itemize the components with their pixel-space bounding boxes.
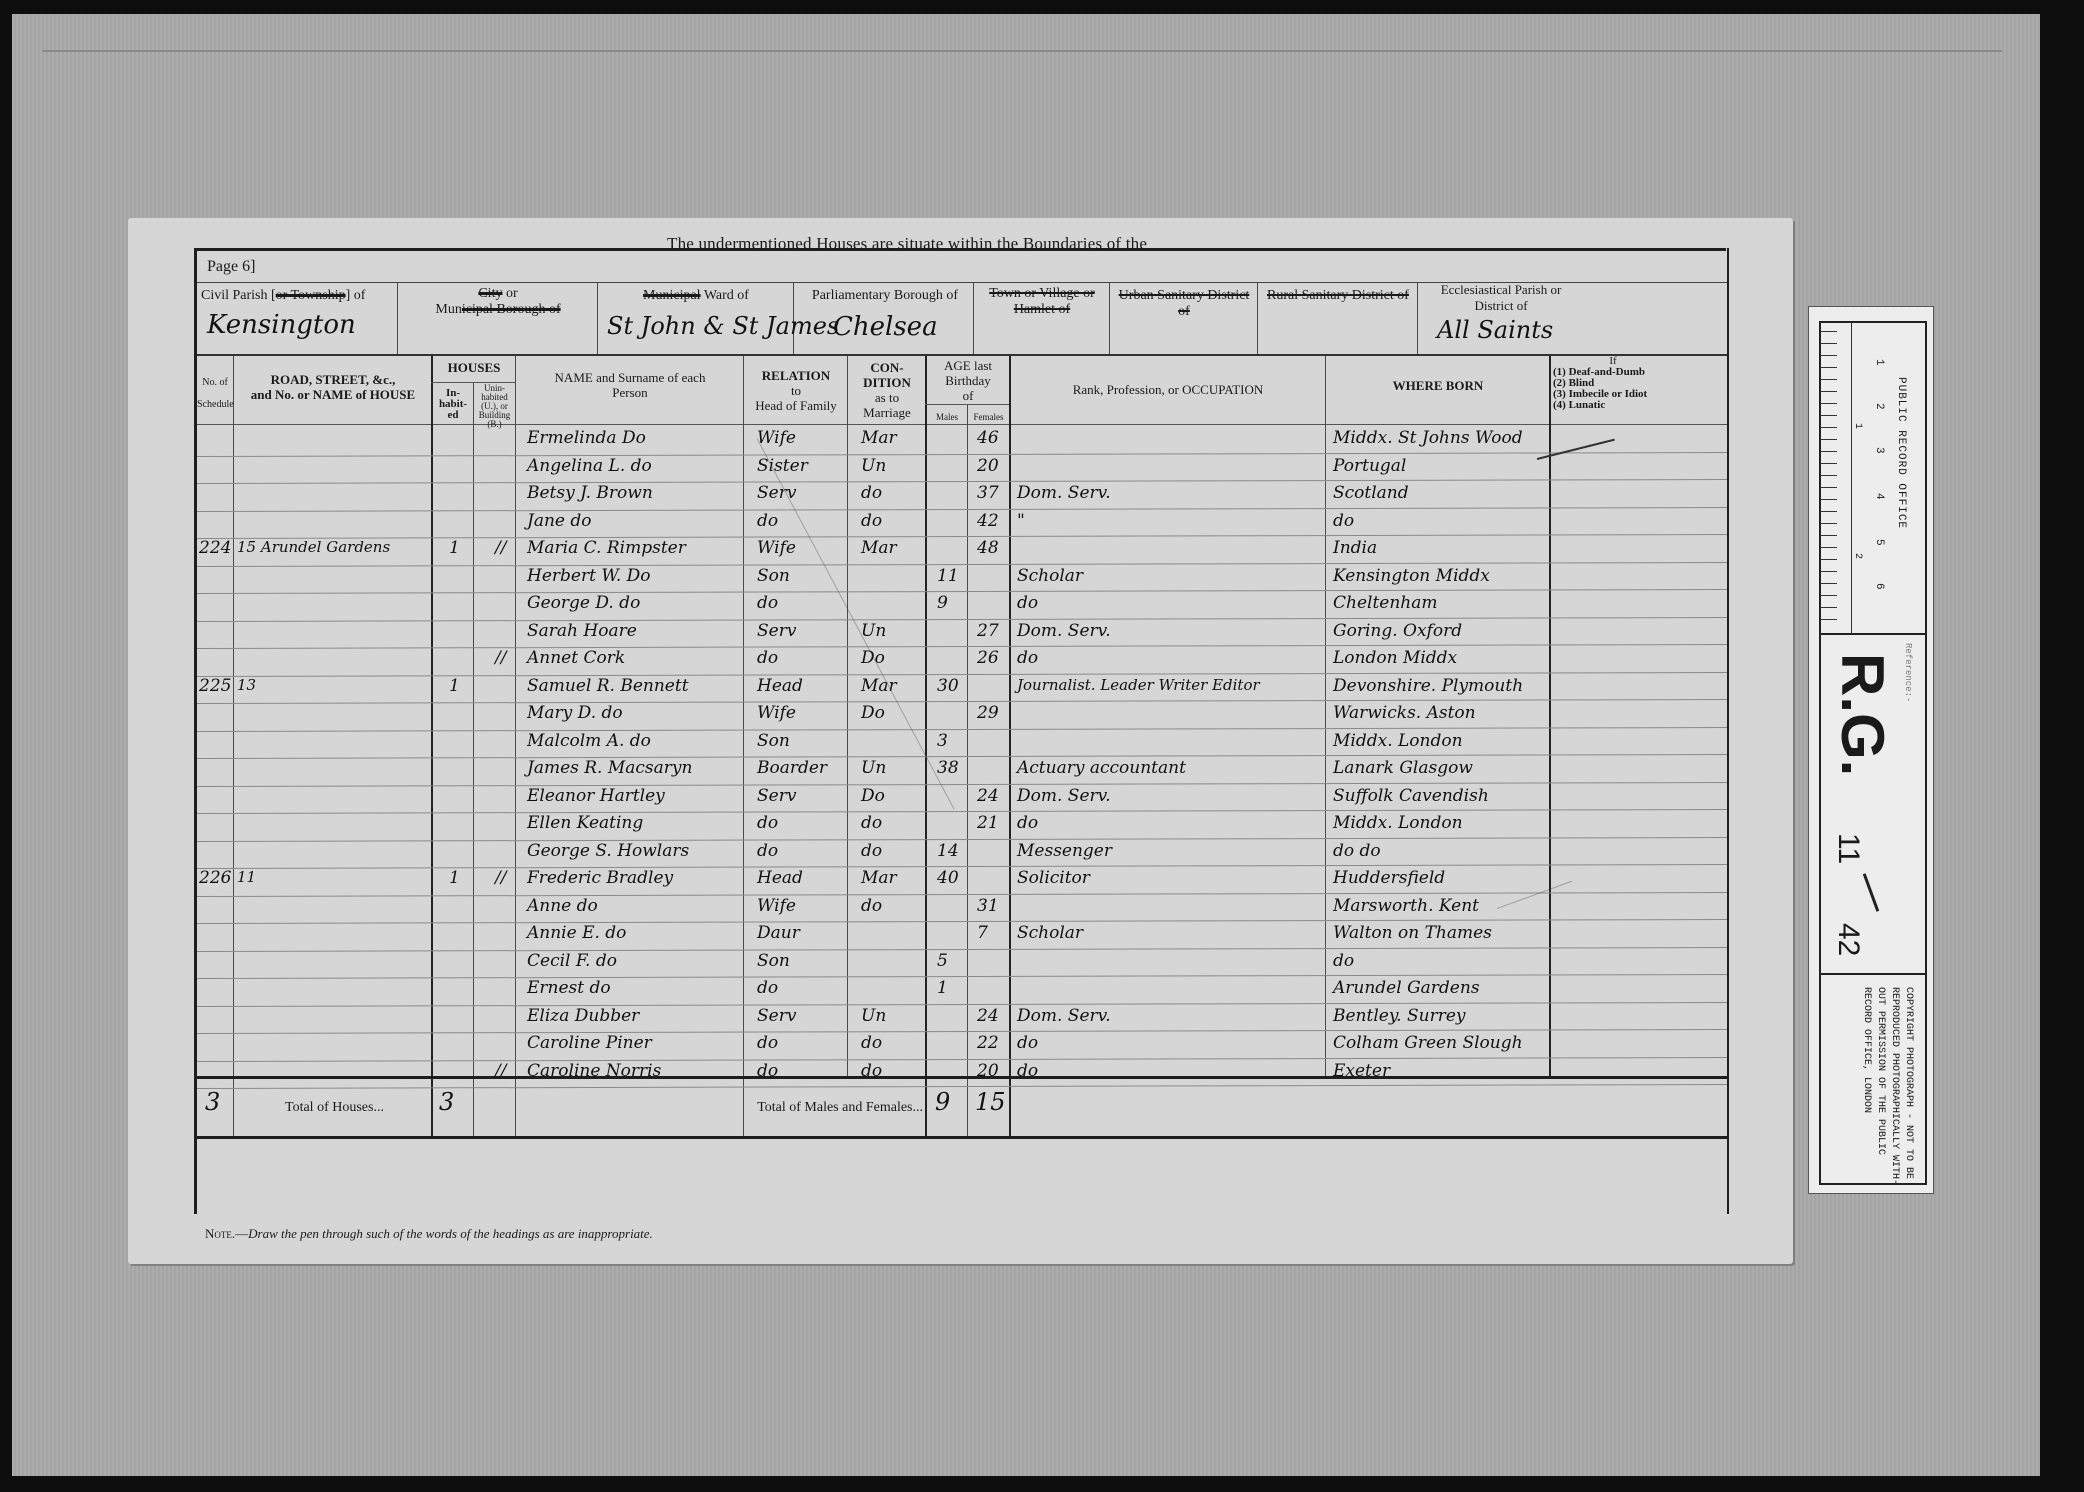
condition-cell: Do bbox=[861, 786, 885, 806]
ruler-tick bbox=[1821, 595, 1837, 596]
divider bbox=[1109, 282, 1110, 354]
name-cell: Anne do bbox=[527, 896, 598, 916]
condition-cell: Un bbox=[861, 456, 886, 476]
relation-cell: Son bbox=[757, 951, 790, 971]
row-rule bbox=[197, 644, 1727, 649]
inhabited-cell: 1 bbox=[449, 538, 460, 558]
condition-cell: do bbox=[861, 511, 882, 531]
condition-cell: Un bbox=[861, 1006, 886, 1026]
schedule-cell: 225 bbox=[199, 676, 231, 696]
relation-cell: Wife bbox=[757, 896, 796, 916]
name-cell: George S. Howlars bbox=[527, 841, 689, 861]
header-text: Person bbox=[517, 385, 743, 400]
where-born-cell: do bbox=[1333, 951, 1354, 971]
where-born-cell: Middx. London bbox=[1333, 731, 1463, 751]
relation-cell: Wife bbox=[757, 428, 796, 448]
ruler-number: 1 bbox=[1852, 423, 1863, 429]
pencil-mark bbox=[1497, 881, 1573, 909]
label-frame: PUBLIC RECORD OFFICE 1 2 3 4 5 6 1 2 Ref… bbox=[1819, 321, 1927, 1185]
ruler-number: 1 bbox=[1873, 359, 1885, 366]
inhabited-cell: 1 bbox=[449, 868, 460, 888]
where-born-cell: Walton on Thames bbox=[1333, 923, 1492, 943]
census-form: The undermentioned Houses are situate wi… bbox=[194, 248, 1729, 1214]
condition-cell: do bbox=[861, 813, 882, 833]
where-born-cell: Bentley. Surrey bbox=[1333, 1006, 1466, 1026]
footnote: Note.—Draw the pen through such of the w… bbox=[205, 1226, 653, 1242]
condition-cell: Un bbox=[861, 621, 886, 641]
row-rule bbox=[197, 561, 1727, 566]
row-rule bbox=[197, 1001, 1727, 1006]
female-age-cell: 27 bbox=[977, 621, 999, 641]
ruler-number: 2 bbox=[1852, 553, 1863, 559]
condition-cell: do bbox=[861, 1033, 882, 1053]
relation-cell: do bbox=[757, 841, 778, 861]
divider bbox=[397, 282, 398, 354]
ruler-tick bbox=[1821, 451, 1837, 452]
ruler-tick bbox=[1821, 523, 1837, 524]
female-age-cell: 37 bbox=[977, 483, 999, 503]
urban-sanitary-label: Urban Sanitary District of bbox=[1113, 288, 1255, 320]
row-rule bbox=[197, 1056, 1727, 1061]
relation-cell: Wife bbox=[757, 538, 796, 558]
copyright-line: COPYRIGHT PHOTOGRAPH - NOT TO BE bbox=[1901, 987, 1915, 1185]
page-number: Page 6] bbox=[207, 258, 255, 276]
ward-label: Municipal Ward of bbox=[601, 288, 791, 304]
row-rule bbox=[197, 781, 1727, 786]
header-text: Head of Family bbox=[745, 398, 847, 413]
mount-crease bbox=[42, 50, 2002, 52]
col-divider bbox=[1549, 356, 1551, 1076]
row-rule bbox=[197, 616, 1727, 621]
male-age-cell: 3 bbox=[937, 731, 948, 751]
col-header-inhabited: In- habit- ed bbox=[433, 388, 473, 421]
female-age-cell: 20 bbox=[977, 456, 999, 476]
female-age-cell: 7 bbox=[977, 923, 988, 943]
divider bbox=[1257, 282, 1258, 354]
occupation-cell: Scholar bbox=[1017, 923, 1083, 943]
col-header-where-born: WHERE BORN bbox=[1327, 378, 1549, 393]
condition-cell: do bbox=[861, 841, 882, 861]
occupation-cell: Dom. Serv. bbox=[1017, 483, 1111, 503]
male-age-cell: 1 bbox=[937, 978, 948, 998]
ruler-number: 5 bbox=[1873, 539, 1885, 546]
parliamentary-borough-label: Parliamentary Borough of bbox=[797, 288, 973, 304]
ruler-tick bbox=[1821, 379, 1837, 380]
struck-text: icipal Borough of bbox=[462, 302, 561, 317]
name-cell: George D. do bbox=[527, 593, 640, 613]
relation-cell: Head bbox=[757, 868, 803, 888]
ruler-tick bbox=[1821, 619, 1837, 620]
male-age-cell: 5 bbox=[937, 951, 948, 971]
label-text: Ward of bbox=[701, 288, 749, 303]
name-cell: Samuel R. Bennett bbox=[527, 676, 689, 696]
ruler-tick bbox=[1821, 439, 1837, 440]
row-rule bbox=[197, 919, 1727, 924]
where-born-cell: Huddersfield bbox=[1333, 868, 1445, 888]
relation-cell: Daur bbox=[757, 923, 800, 943]
col-divider bbox=[925, 356, 927, 1136]
total-persons-label: Total of Males and Females... bbox=[657, 1100, 923, 1116]
ruler-tick bbox=[1821, 463, 1837, 464]
rural-sanitary-label: Rural Sanitary District of bbox=[1261, 288, 1415, 304]
copyright-notice: COPYRIGHT PHOTOGRAPH - NOT TO BE REPRODU… bbox=[1859, 987, 1915, 1185]
ruler-tick bbox=[1821, 559, 1837, 560]
occupation-cell: Solicitor bbox=[1017, 868, 1090, 888]
label-text: District of bbox=[1474, 298, 1527, 313]
archive-header: PUBLIC RECORD OFFICE bbox=[1895, 377, 1907, 529]
struck-text: Urban Sanitary District of bbox=[1119, 288, 1250, 319]
relation-cell: Serv bbox=[757, 621, 796, 641]
piece-number: 11 bbox=[1831, 833, 1865, 864]
occupation-cell: do bbox=[1017, 593, 1038, 613]
row-rule bbox=[197, 864, 1727, 869]
header-text: RELATION bbox=[745, 368, 847, 383]
header-text: and No. or NAME of HOUSE bbox=[235, 387, 431, 402]
col-header-infirmity: If (1) Deaf-and-Dumb (2) Blind (3) Imbec… bbox=[1553, 356, 1673, 411]
condition-cell: Do bbox=[861, 703, 885, 723]
col-header-condition: CON- DITION as to Marriage bbox=[849, 360, 925, 420]
name-cell: Ellen Keating bbox=[527, 813, 643, 833]
ruler-tick bbox=[1821, 607, 1837, 608]
header-text: Birthday bbox=[927, 373, 1009, 388]
relation-cell: do bbox=[757, 978, 778, 998]
row-rule bbox=[197, 974, 1727, 979]
where-born-cell: Suffolk Cavendish bbox=[1333, 786, 1489, 806]
ruler-tick bbox=[1821, 571, 1837, 572]
ecclesiastical-label: Ecclesiastical Parish or District of bbox=[1421, 282, 1581, 314]
header-text: (B.) bbox=[474, 420, 515, 429]
name-cell: Betsy J. Brown bbox=[527, 483, 653, 503]
header-text: CON- bbox=[849, 360, 925, 375]
where-born-cell: Portugal bbox=[1333, 456, 1406, 476]
series-code: R.G. bbox=[1828, 653, 1897, 776]
ruler-number: 4 bbox=[1873, 493, 1885, 500]
relation-cell: do bbox=[757, 593, 778, 613]
name-cell: Eliza Dubber bbox=[527, 1006, 639, 1026]
header-text: as to bbox=[849, 390, 925, 405]
condition-cell: Mar bbox=[861, 428, 897, 448]
male-age-cell: 14 bbox=[937, 841, 959, 861]
where-born-cell: do bbox=[1333, 511, 1354, 531]
header-text: Schedule bbox=[197, 394, 233, 416]
name-cell: Maria C. Rimpster bbox=[527, 538, 686, 558]
ruler-tick bbox=[1821, 331, 1837, 332]
name-cell: Frederic Bradley bbox=[527, 868, 673, 888]
col-divider bbox=[967, 404, 968, 1136]
ruler-tick bbox=[1821, 583, 1837, 584]
where-born-cell: Lanark Glasgow bbox=[1333, 758, 1473, 778]
col-divider bbox=[233, 356, 234, 1136]
totals-bottom-rule bbox=[197, 1136, 1727, 1139]
col-header-females: Females bbox=[968, 410, 1009, 425]
occupation-cell: Messenger bbox=[1017, 841, 1112, 861]
female-age-cell: 42 bbox=[977, 511, 999, 531]
separator-mark: // bbox=[495, 538, 506, 558]
total-males: 9 bbox=[935, 1088, 950, 1116]
name-cell: Herbert W. Do bbox=[527, 566, 651, 586]
boundaries-heading: The undermentioned Houses are situate wi… bbox=[667, 234, 1147, 254]
relation-cell: do bbox=[757, 813, 778, 833]
parliamentary-borough-value: Chelsea bbox=[833, 312, 938, 342]
occupation-cell: do bbox=[1017, 1033, 1038, 1053]
row-rule bbox=[197, 891, 1727, 896]
female-age-cell: 29 bbox=[977, 703, 999, 723]
total-houses-label: Total of Houses... bbox=[285, 1100, 384, 1116]
female-age-cell: 48 bbox=[977, 538, 999, 558]
municipal-borough-label: City or Municipal Borough of bbox=[403, 286, 593, 318]
row-rule bbox=[197, 754, 1727, 759]
row-rule bbox=[197, 479, 1727, 484]
ruler-tick bbox=[1821, 511, 1837, 512]
civil-parish-label: Civil Parish [or Township] of bbox=[201, 288, 365, 304]
col-divider bbox=[1325, 356, 1326, 1076]
female-age-cell: 26 bbox=[977, 648, 999, 668]
total-schedules: 3 bbox=[205, 1088, 220, 1116]
civil-parish-value: Kensington bbox=[207, 310, 356, 340]
ruler-number: 6 bbox=[1873, 583, 1885, 590]
ruler-tick bbox=[1821, 547, 1837, 548]
label-text: Civil Parish [ bbox=[201, 288, 276, 303]
col-divider bbox=[515, 356, 516, 1136]
female-age-cell: 24 bbox=[977, 1006, 999, 1026]
col-divider bbox=[431, 356, 433, 1136]
header-text: DITION bbox=[849, 375, 925, 390]
relation-cell: do bbox=[757, 511, 778, 531]
where-born-cell: Arundel Gardens bbox=[1333, 978, 1480, 998]
occupation-cell: do bbox=[1017, 648, 1038, 668]
occupation-cell: Dom. Serv. bbox=[1017, 1006, 1111, 1026]
struck-text: City bbox=[478, 286, 502, 301]
ruler-tick bbox=[1821, 427, 1837, 428]
town-village-label: Town or Village or Hamlet of bbox=[977, 286, 1107, 318]
occupation-cell: Actuary accountant bbox=[1017, 758, 1186, 778]
header-text: ROAD, STREET, &c., bbox=[235, 372, 431, 387]
relation-cell: Son bbox=[757, 566, 790, 586]
ruler-tick bbox=[1821, 475, 1837, 476]
total-females: 15 bbox=[975, 1088, 1006, 1116]
ruler-tick bbox=[1821, 403, 1837, 404]
condition-cell: do bbox=[861, 483, 882, 503]
col-divider bbox=[1009, 356, 1011, 1136]
schedule-cell: 226 bbox=[199, 868, 231, 888]
header-text: Marriage bbox=[849, 405, 925, 420]
ruler-tick bbox=[1821, 367, 1837, 368]
name-cell: Angelina L. do bbox=[527, 456, 652, 476]
row-rule bbox=[197, 809, 1727, 814]
archive-reference-label: PUBLIC RECORD OFFICE 1 2 3 4 5 6 1 2 Ref… bbox=[1808, 306, 1934, 1194]
scale-ruler: PUBLIC RECORD OFFICE 1 2 3 4 5 6 1 2 bbox=[1821, 323, 1925, 635]
col-header-males: Males bbox=[927, 410, 967, 425]
occupation-cell: Journalist. Leader Writer Editor bbox=[1017, 676, 1260, 694]
relation-cell: Son bbox=[757, 731, 790, 751]
male-age-cell: 9 bbox=[937, 593, 948, 613]
name-cell: Caroline Piner bbox=[527, 1033, 652, 1053]
label-text: Ecclesiastical Parish or bbox=[1441, 282, 1562, 297]
header-text: No. of bbox=[197, 372, 233, 394]
occupation-cell: " bbox=[1017, 511, 1025, 531]
totals-top-rule bbox=[197, 1076, 1727, 1079]
total-houses: 3 bbox=[439, 1088, 454, 1116]
where-born-cell: India bbox=[1333, 538, 1377, 558]
where-born-cell: Goring. Oxford bbox=[1333, 621, 1462, 641]
where-born-cell: Middx. St Johns Wood bbox=[1333, 428, 1523, 448]
inhabited-cell: 1 bbox=[449, 676, 460, 696]
name-cell: Annie E. do bbox=[527, 923, 626, 943]
row-rule bbox=[197, 726, 1727, 731]
header-text: NAME and Surname of each bbox=[517, 370, 743, 385]
where-born-cell: Colham Green Slough bbox=[1333, 1033, 1523, 1053]
relation-cell: Wife bbox=[757, 703, 796, 723]
condition-cell: Un bbox=[861, 758, 886, 778]
label-text: ] of bbox=[346, 288, 366, 303]
row-rule bbox=[197, 506, 1727, 511]
male-age-cell: 40 bbox=[937, 868, 959, 888]
divider bbox=[925, 404, 1009, 405]
ruler-tick bbox=[1821, 415, 1837, 416]
ruler-tick bbox=[1821, 535, 1837, 536]
col-divider bbox=[847, 356, 848, 1076]
where-born-cell: Devonshire. Plymouth bbox=[1333, 676, 1523, 696]
where-born-cell: Cheltenham bbox=[1333, 593, 1438, 613]
col-header-relation: RELATION to Head of Family bbox=[745, 368, 847, 413]
divider bbox=[973, 282, 974, 354]
schedule-cell: 224 bbox=[199, 538, 231, 558]
name-cell: Annet Cork bbox=[527, 648, 625, 668]
label-text: Mun bbox=[435, 302, 461, 317]
occupation-cell: Dom. Serv. bbox=[1017, 621, 1111, 641]
reference-caption: Reference:- bbox=[1903, 643, 1913, 702]
row-rule bbox=[197, 451, 1727, 456]
row-rule bbox=[197, 534, 1727, 539]
col-header-road: ROAD, STREET, &c., and No. or NAME of HO… bbox=[235, 372, 431, 402]
female-age-cell: 31 bbox=[977, 896, 999, 916]
ruler-tick bbox=[1821, 487, 1837, 488]
col-header-houses: HOUSES bbox=[433, 360, 515, 375]
col-header-occupation: Rank, Profession, or OCCUPATION bbox=[1011, 382, 1325, 397]
copyright-line: OUT PERMISSION OF THE PUBLIC bbox=[1873, 987, 1887, 1185]
ruler-tick bbox=[1821, 355, 1837, 356]
occupation-cell: do bbox=[1017, 813, 1038, 833]
female-age-cell: 24 bbox=[977, 786, 999, 806]
relation-cell: do bbox=[757, 648, 778, 668]
divider bbox=[197, 354, 1727, 356]
struck-text: Town or Village or bbox=[989, 286, 1095, 301]
address-cell: 13 bbox=[237, 676, 256, 694]
struck-text: Rural Sanitary District of bbox=[1267, 288, 1409, 303]
address-cell: 15 Arundel Gardens bbox=[237, 538, 390, 556]
label-divider bbox=[1821, 973, 1925, 975]
occupation-cell: Scholar bbox=[1017, 566, 1083, 586]
col-header-schedule: No. of Schedule bbox=[197, 372, 233, 416]
separator-mark: // bbox=[495, 648, 506, 668]
name-cell: James R. Macsaryn bbox=[527, 758, 692, 778]
struck-text: or Township bbox=[276, 288, 346, 303]
col-header-name: NAME and Surname of each Person bbox=[517, 370, 743, 400]
note-prefix: Note.— bbox=[205, 1226, 248, 1241]
divider bbox=[597, 282, 598, 354]
row-rule bbox=[197, 589, 1727, 594]
ruler-divider bbox=[1851, 323, 1852, 633]
col-divider bbox=[743, 356, 744, 1136]
where-born-cell: Warwicks. Aston bbox=[1333, 703, 1476, 723]
condition-cell: do bbox=[861, 896, 882, 916]
condition-cell: Mar bbox=[861, 868, 897, 888]
male-age-cell: 30 bbox=[937, 676, 959, 696]
separator-mark: // bbox=[495, 868, 506, 888]
row-rule bbox=[197, 699, 1727, 704]
col-header-age: AGE last Birthday of bbox=[927, 358, 1009, 403]
ruler-number: 2 bbox=[1873, 403, 1885, 410]
where-born-cell: Middx. London bbox=[1333, 813, 1463, 833]
relation-cell: Serv bbox=[757, 1006, 796, 1026]
row-rule bbox=[197, 1084, 1727, 1089]
ecclesiastical-value: All Saints bbox=[1437, 316, 1553, 344]
where-born-cell: London Middx bbox=[1333, 648, 1457, 668]
name-cell: Eleanor Hartley bbox=[527, 786, 665, 806]
col-divider bbox=[473, 382, 474, 1136]
copyright-line: RECORD OFFICE, LONDON bbox=[1859, 987, 1873, 1185]
label-text: or bbox=[502, 286, 517, 301]
where-born-cell: Marsworth. Kent bbox=[1333, 896, 1479, 916]
name-cell: Mary D. do bbox=[527, 703, 623, 723]
name-cell: Sarah Hoare bbox=[527, 621, 637, 641]
where-born-cell: Scotland bbox=[1333, 483, 1409, 503]
divider bbox=[1417, 282, 1418, 354]
relation-cell: Boarder bbox=[757, 758, 827, 778]
census-page: The undermentioned Houses are situate wi… bbox=[128, 218, 1793, 1264]
slash bbox=[1863, 873, 1880, 912]
header-text: ed bbox=[433, 410, 473, 421]
struck-text: Hamlet of bbox=[1014, 302, 1070, 317]
name-cell: Jane do bbox=[527, 511, 591, 531]
header-text: (4) Lunatic bbox=[1553, 400, 1673, 411]
relation-cell: do bbox=[757, 1033, 778, 1053]
relation-cell: Head bbox=[757, 676, 803, 696]
name-cell: Ermelinda Do bbox=[527, 428, 646, 448]
row-rule bbox=[197, 836, 1727, 841]
col-header-uninhabited: Unin- habited (U.), or Building (B.) bbox=[474, 384, 515, 429]
ruler-tick bbox=[1821, 391, 1837, 392]
header-text: AGE last bbox=[927, 358, 1009, 373]
where-born-cell: do do bbox=[1333, 841, 1381, 861]
ruler-tick bbox=[1821, 499, 1837, 500]
name-cell: Malcolm A. do bbox=[527, 731, 651, 751]
copyright-line: REPRODUCED PHOTOGRAPHICALLY WITH- bbox=[1887, 987, 1901, 1185]
ward-value: St John & St James bbox=[607, 312, 839, 340]
female-age-cell: 22 bbox=[977, 1033, 999, 1053]
where-born-cell: Kensington Middx bbox=[1333, 566, 1490, 586]
female-age-cell: 46 bbox=[977, 428, 999, 448]
relation-cell: Sister bbox=[757, 456, 808, 476]
folio-number: 42 bbox=[1831, 923, 1865, 956]
note-text: Draw the pen through such of the words o… bbox=[248, 1226, 653, 1241]
male-age-cell: 38 bbox=[937, 758, 959, 778]
address-cell: 11 bbox=[237, 868, 256, 886]
ruler-number: 3 bbox=[1873, 447, 1885, 454]
name-cell: Ernest do bbox=[527, 978, 611, 998]
header-text: of bbox=[927, 388, 1009, 403]
occupation-cell: Dom. Serv. bbox=[1017, 786, 1111, 806]
relation-cell: Serv bbox=[757, 786, 796, 806]
female-age-cell: 21 bbox=[977, 813, 999, 833]
male-age-cell: 11 bbox=[937, 566, 959, 586]
ruler-tick bbox=[1821, 343, 1837, 344]
struck-text: Municipal bbox=[643, 288, 701, 303]
row-rule bbox=[197, 946, 1727, 951]
condition-cell: Mar bbox=[861, 538, 897, 558]
name-cell: Cecil F. do bbox=[527, 951, 617, 971]
header-text: to bbox=[745, 383, 847, 398]
